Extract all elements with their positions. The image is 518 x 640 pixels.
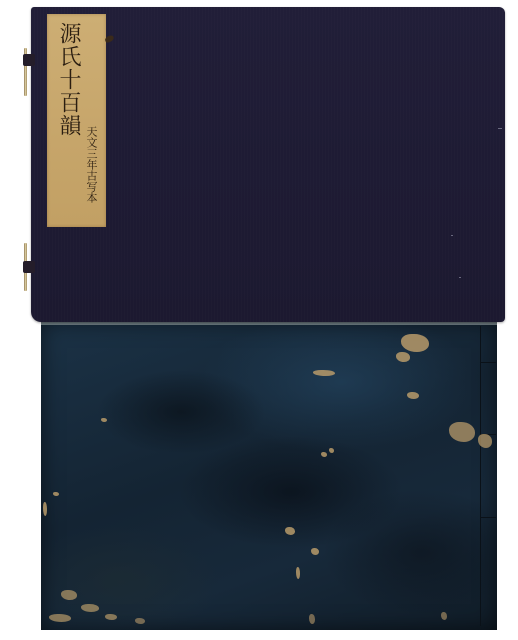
binding-stitch bbox=[480, 362, 496, 363]
wear-fleck bbox=[296, 567, 300, 579]
wear-fleck bbox=[61, 590, 77, 600]
wear-fleck bbox=[407, 392, 419, 399]
wear-fleck bbox=[396, 352, 410, 362]
stain-mark bbox=[104, 35, 115, 44]
case-nick bbox=[451, 235, 453, 236]
wear-fleck bbox=[478, 434, 492, 448]
clasp-upper bbox=[20, 48, 36, 98]
book-cover bbox=[41, 322, 497, 630]
clasp-loop bbox=[23, 54, 35, 66]
wear-fleck bbox=[53, 492, 59, 496]
book-case: 源氏十百韻 天文三年古写本 bbox=[31, 7, 505, 322]
case-nick bbox=[459, 277, 461, 278]
wear-fleck bbox=[449, 422, 475, 442]
wear-fleck bbox=[101, 418, 107, 422]
wear-fleck bbox=[313, 370, 335, 376]
wear-fleck bbox=[135, 618, 145, 624]
binding-stitch bbox=[480, 517, 496, 518]
wear-fleck bbox=[49, 614, 71, 622]
wear-fleck bbox=[309, 614, 315, 624]
wear-fleck bbox=[441, 612, 447, 620]
wear-fleck bbox=[81, 604, 99, 612]
photo-scene: 源氏十百韻 天文三年古写本 bbox=[0, 0, 518, 640]
title-text: 源氏十百韻 bbox=[54, 22, 82, 137]
binding-line bbox=[480, 326, 481, 626]
case-nick bbox=[498, 128, 502, 129]
title-slip: 源氏十百韻 天文三年古写本 bbox=[47, 14, 106, 227]
wear-fleck bbox=[329, 448, 334, 453]
clasp-loop bbox=[23, 261, 35, 273]
book-top-edge bbox=[41, 322, 497, 325]
subtitle-text: 天文三年古写本 bbox=[84, 126, 98, 203]
wear-fleck bbox=[285, 527, 295, 535]
wear-fleck bbox=[105, 614, 117, 620]
wear-fleck bbox=[401, 334, 429, 352]
wear-fleck bbox=[311, 548, 319, 555]
wear-fleck bbox=[43, 502, 47, 516]
wear-fleck bbox=[321, 452, 327, 457]
clasp-lower bbox=[20, 243, 36, 293]
